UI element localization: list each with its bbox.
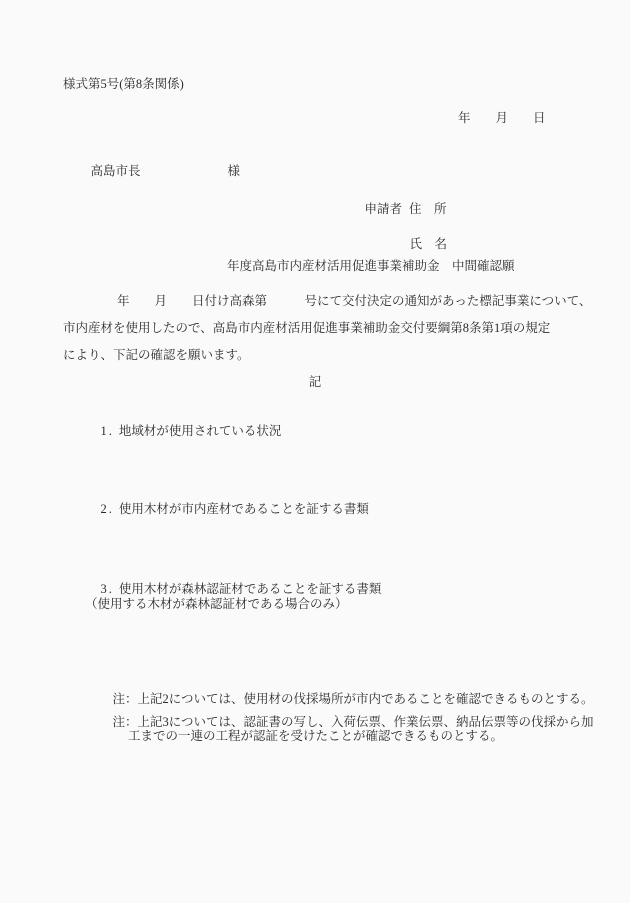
body-paragraph-line2: 市内産材を使用したので、高島市内産材活用促進事業補助金交付要綱第8条第1項の規定	[63, 322, 550, 335]
item-3-number: 3.	[101, 582, 114, 596]
form-number: 様式第5号(第8条関係)	[63, 78, 184, 91]
applicant-address-row: 申請者住 所	[352, 190, 447, 228]
note-2-line2: 工までの一連の工程が認証を受けたことが確認できるものとする。	[128, 730, 503, 743]
note-2-line1-text: 上記3については、認証書の写し、入荷伝票、作業伝票、納品伝票等の伐採から加	[138, 715, 594, 729]
document-page: 様式第5号(第8条関係) 年 月 日 高島市長様 申請者住 所 氏 名 年度高島…	[0, 0, 630, 903]
record-marker: 記	[0, 376, 630, 389]
item-3-text: 使用木材が森林認証材であることを証する書類	[119, 582, 382, 596]
addressee-honorific: 様	[228, 164, 241, 178]
applicant-address-label: 住 所	[409, 202, 447, 216]
applicant-name-label: 氏 名	[410, 237, 448, 251]
addressee-line: 高島市長様	[78, 152, 240, 190]
list-item-1: 1.地域材が使用されている状況	[88, 412, 281, 450]
document-title: 年度高島市内産材活用促進事業補助金 中間確認願	[227, 260, 515, 273]
note-2-prefix: 注：	[113, 715, 138, 729]
body-paragraph-line3: により、下記の確認を願います。	[63, 349, 250, 362]
body-paragraph-line1: 年 月 日付け高森第 号にて交付決定の通知があった標記事業について、	[117, 295, 591, 308]
item-1-number: 1.	[101, 424, 114, 438]
item-1-text: 地域材が使用されている状況	[119, 424, 282, 438]
applicant-label: 申請者	[365, 202, 403, 216]
item-2-number: 2.	[101, 502, 114, 516]
addressee-name: 高島市長	[91, 164, 141, 178]
item-2-text: 使用木材が市内産材であることを証する書類	[119, 502, 369, 516]
date-line: 年 月 日	[458, 112, 546, 125]
list-item-2: 2.使用木材が市内産材であることを証する書類	[88, 490, 369, 528]
list-item-3-condition: （使用する木材が森林認証材である場合のみ）	[85, 598, 348, 611]
applicant-name-row: 氏 名	[397, 225, 447, 263]
